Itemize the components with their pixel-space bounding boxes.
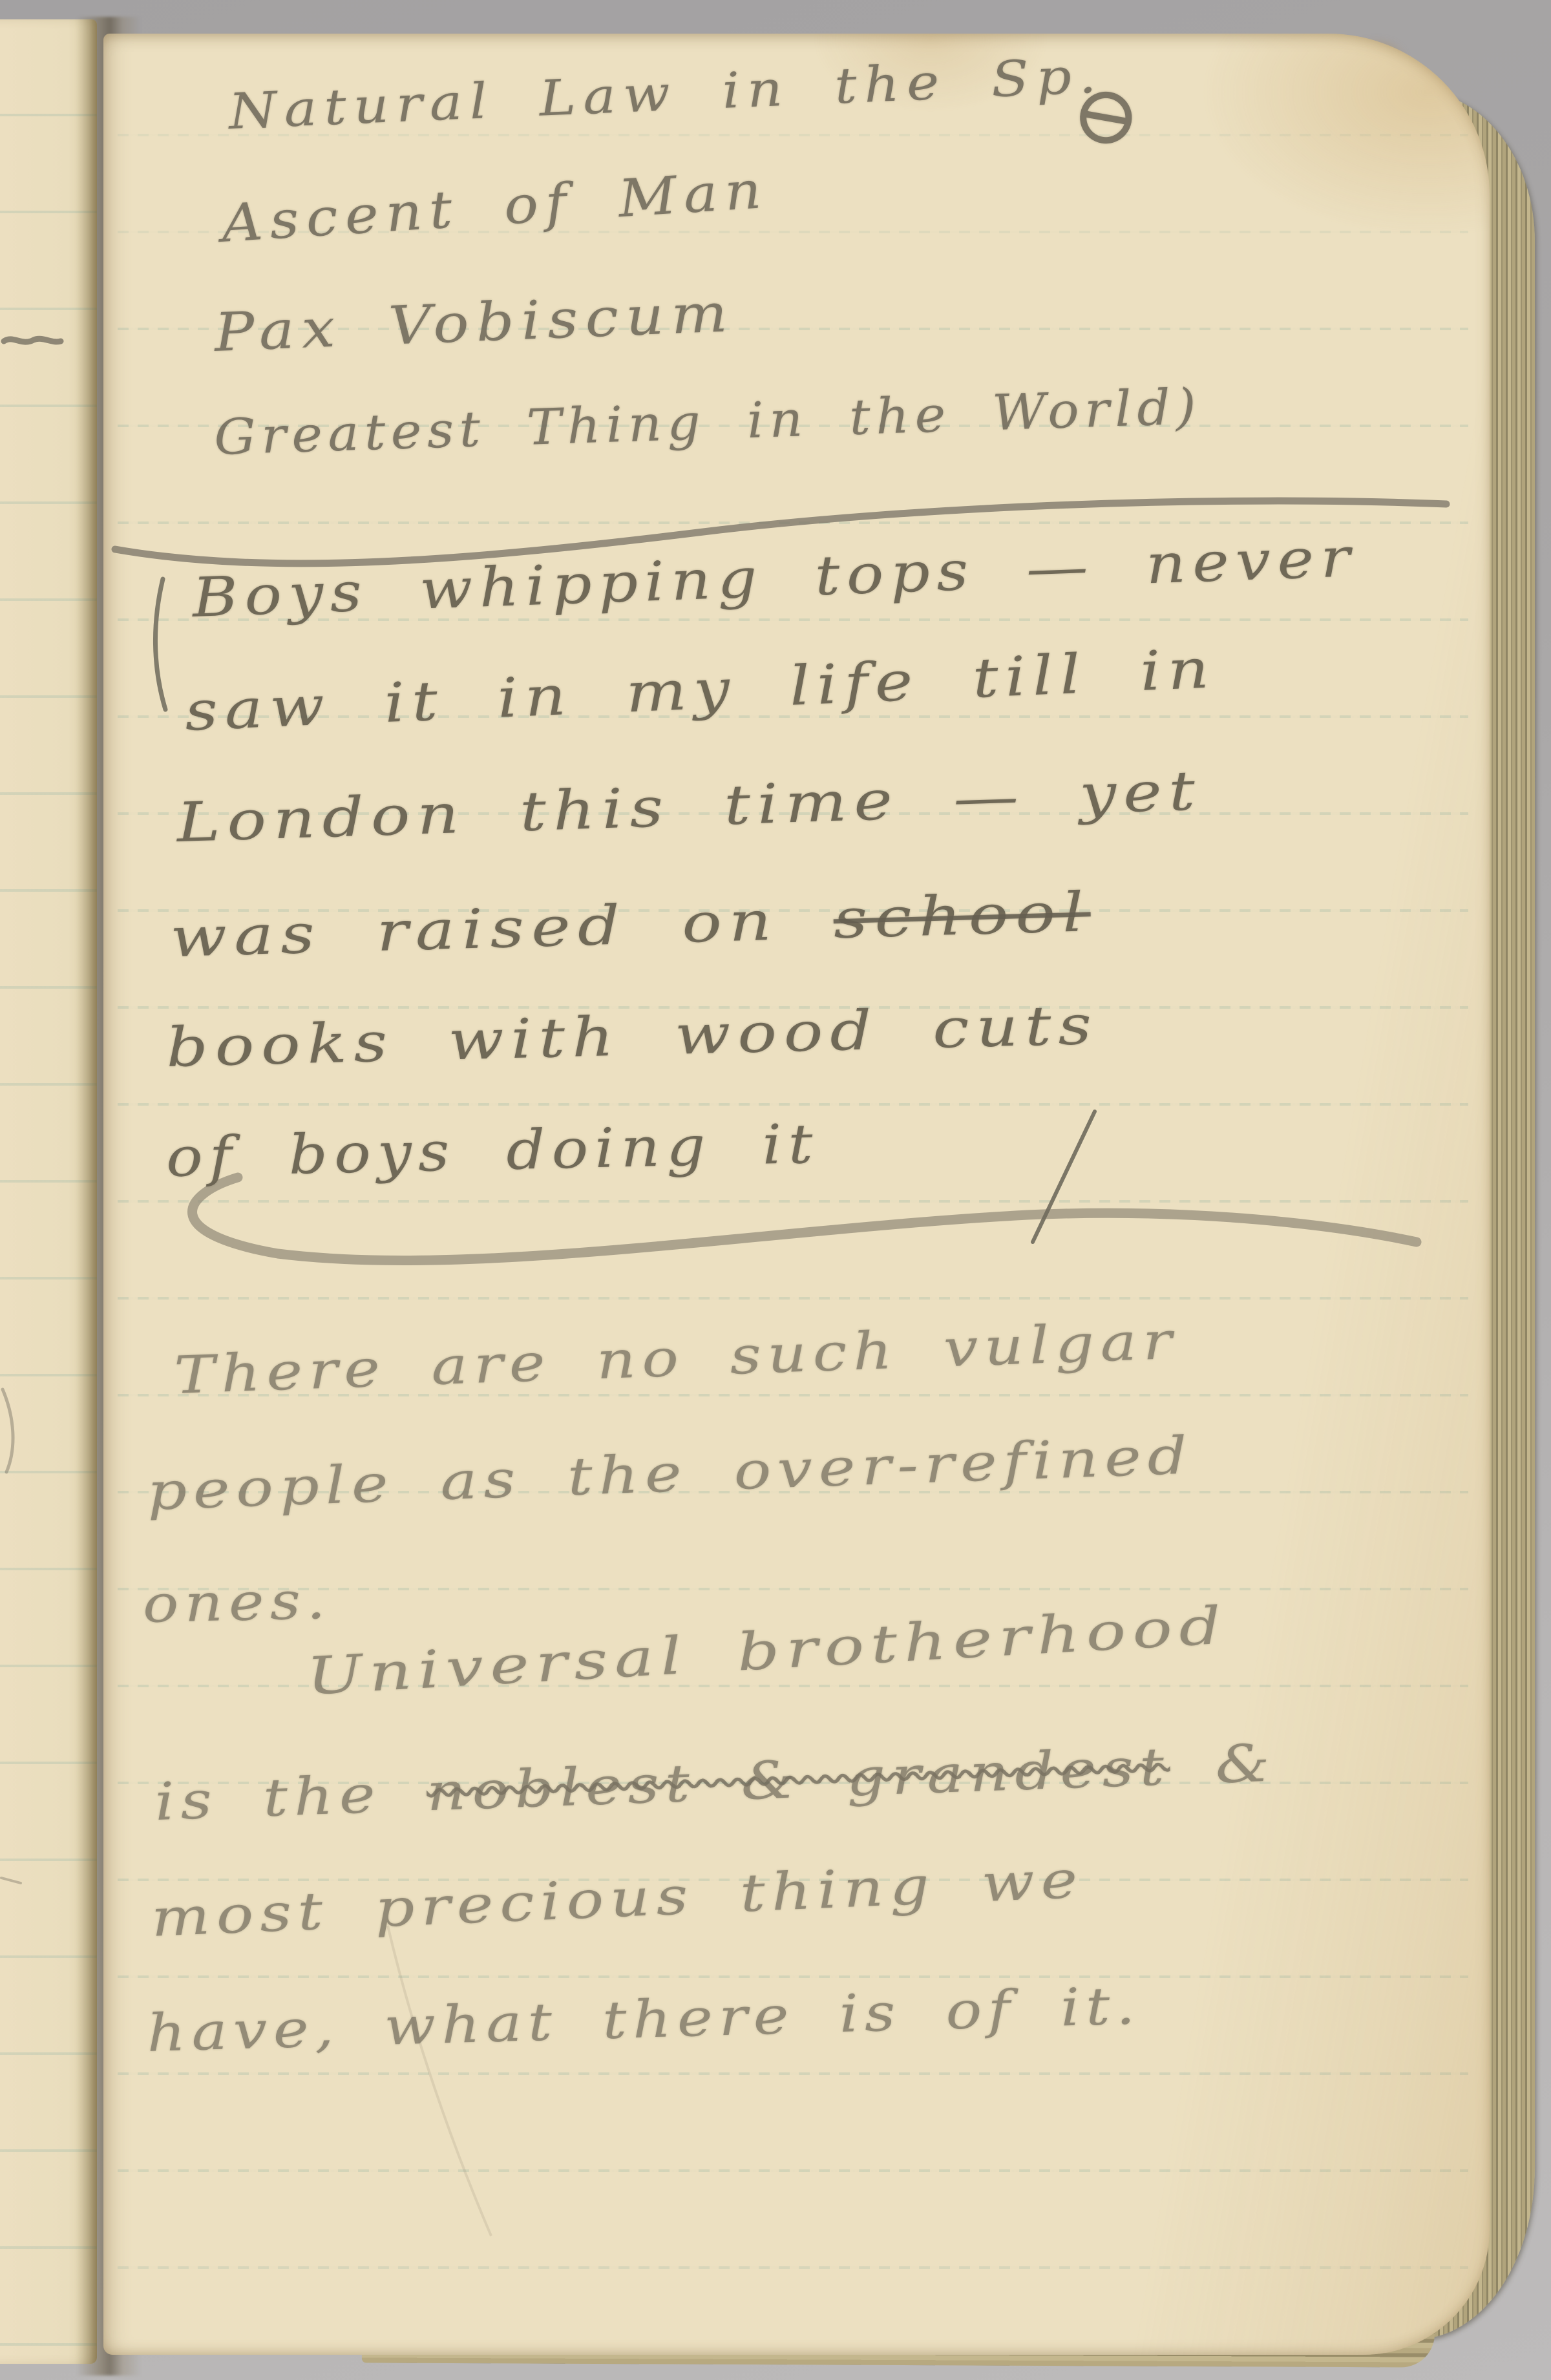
struck-word: school xyxy=(832,880,1092,951)
open-paren-stroke xyxy=(155,579,165,710)
paper-crease xyxy=(388,1926,491,2236)
pencil-underline-swoosh xyxy=(193,1177,1417,1260)
insertion-slash-mark xyxy=(1033,1111,1095,1242)
scan-background: { "scene": { "description": "Scanned not… xyxy=(0,0,1551,2380)
note-line: ones. xyxy=(142,1570,332,1634)
facing-page-scribble xyxy=(4,339,61,342)
facing-page-mark xyxy=(3,1389,13,1472)
facing-page-mark xyxy=(1,1878,21,1883)
